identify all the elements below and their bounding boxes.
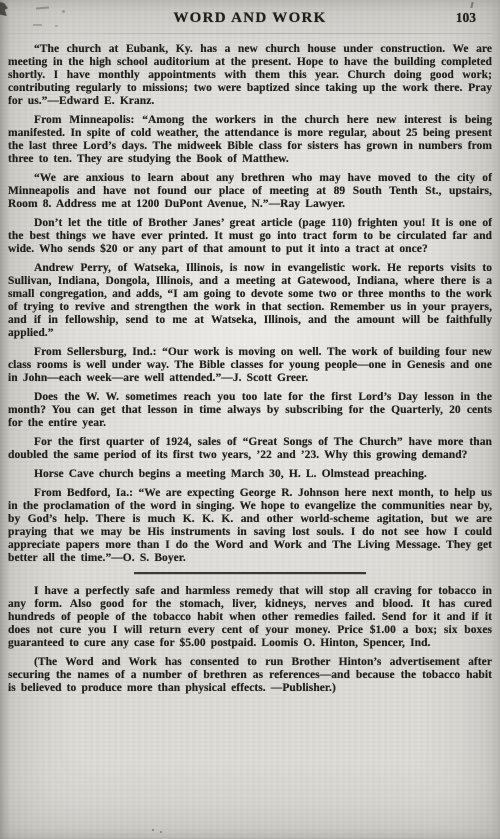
paragraph-bedford-report: From Bedford, Ia.: “We are expecting Geo… — [8, 487, 492, 565]
scan-artifact — [470, 2, 473, 8]
section-divider — [134, 572, 366, 574]
scanned-page: WORD AND WORK 103 “The church at Eubank,… — [0, 0, 500, 839]
paragraph-horse-cave-meeting: Horse Cave church begins a meeting March… — [8, 468, 492, 481]
paragraph-great-songs-sales: For the first quarter of 1924, sales of … — [8, 436, 492, 462]
scan-artifact — [160, 831, 162, 833]
paragraph-sellersburg-report: From Sellersburg, Ind.: “Our work is mov… — [8, 346, 492, 385]
paragraph-andrew-perry-report: Andrew Perry, of Watseka, Illinois, is n… — [8, 262, 492, 340]
paragraph-tobacco-remedy-ad: I have a perfectly safe and harmless rem… — [8, 585, 492, 650]
paragraph-minneapolis-report: From Minneapolis: “Among the workers in … — [8, 114, 492, 166]
paragraph-janes-article-appeal: Don’t let the title of Brother Janes’ gr… — [8, 217, 492, 256]
advertisement-section: I have a perfectly safe and harmless rem… — [8, 585, 492, 695]
article-body: “The church at Eubank, Ky. has a new chu… — [8, 43, 492, 565]
paragraph-quarterly-subscription-notice: Does the W. W. sometimes reach you too l… — [8, 391, 492, 430]
paragraph-eubank-church-report: “The church at Eubank, Ky. has a new chu… — [8, 43, 492, 108]
page-header: WORD AND WORK 103 — [8, 10, 492, 29]
scan-artifact — [0, 2, 8, 16]
paragraph-minneapolis-address: “We are anxious to learn about any breth… — [8, 172, 492, 211]
page-title: WORD AND WORK — [8, 10, 492, 27]
scan-artifact — [152, 829, 154, 831]
page-number: 103 — [456, 10, 476, 26]
paragraph-publisher-note: (The Word and Work has consented to run … — [8, 656, 492, 695]
header-rule — [8, 33, 492, 34]
